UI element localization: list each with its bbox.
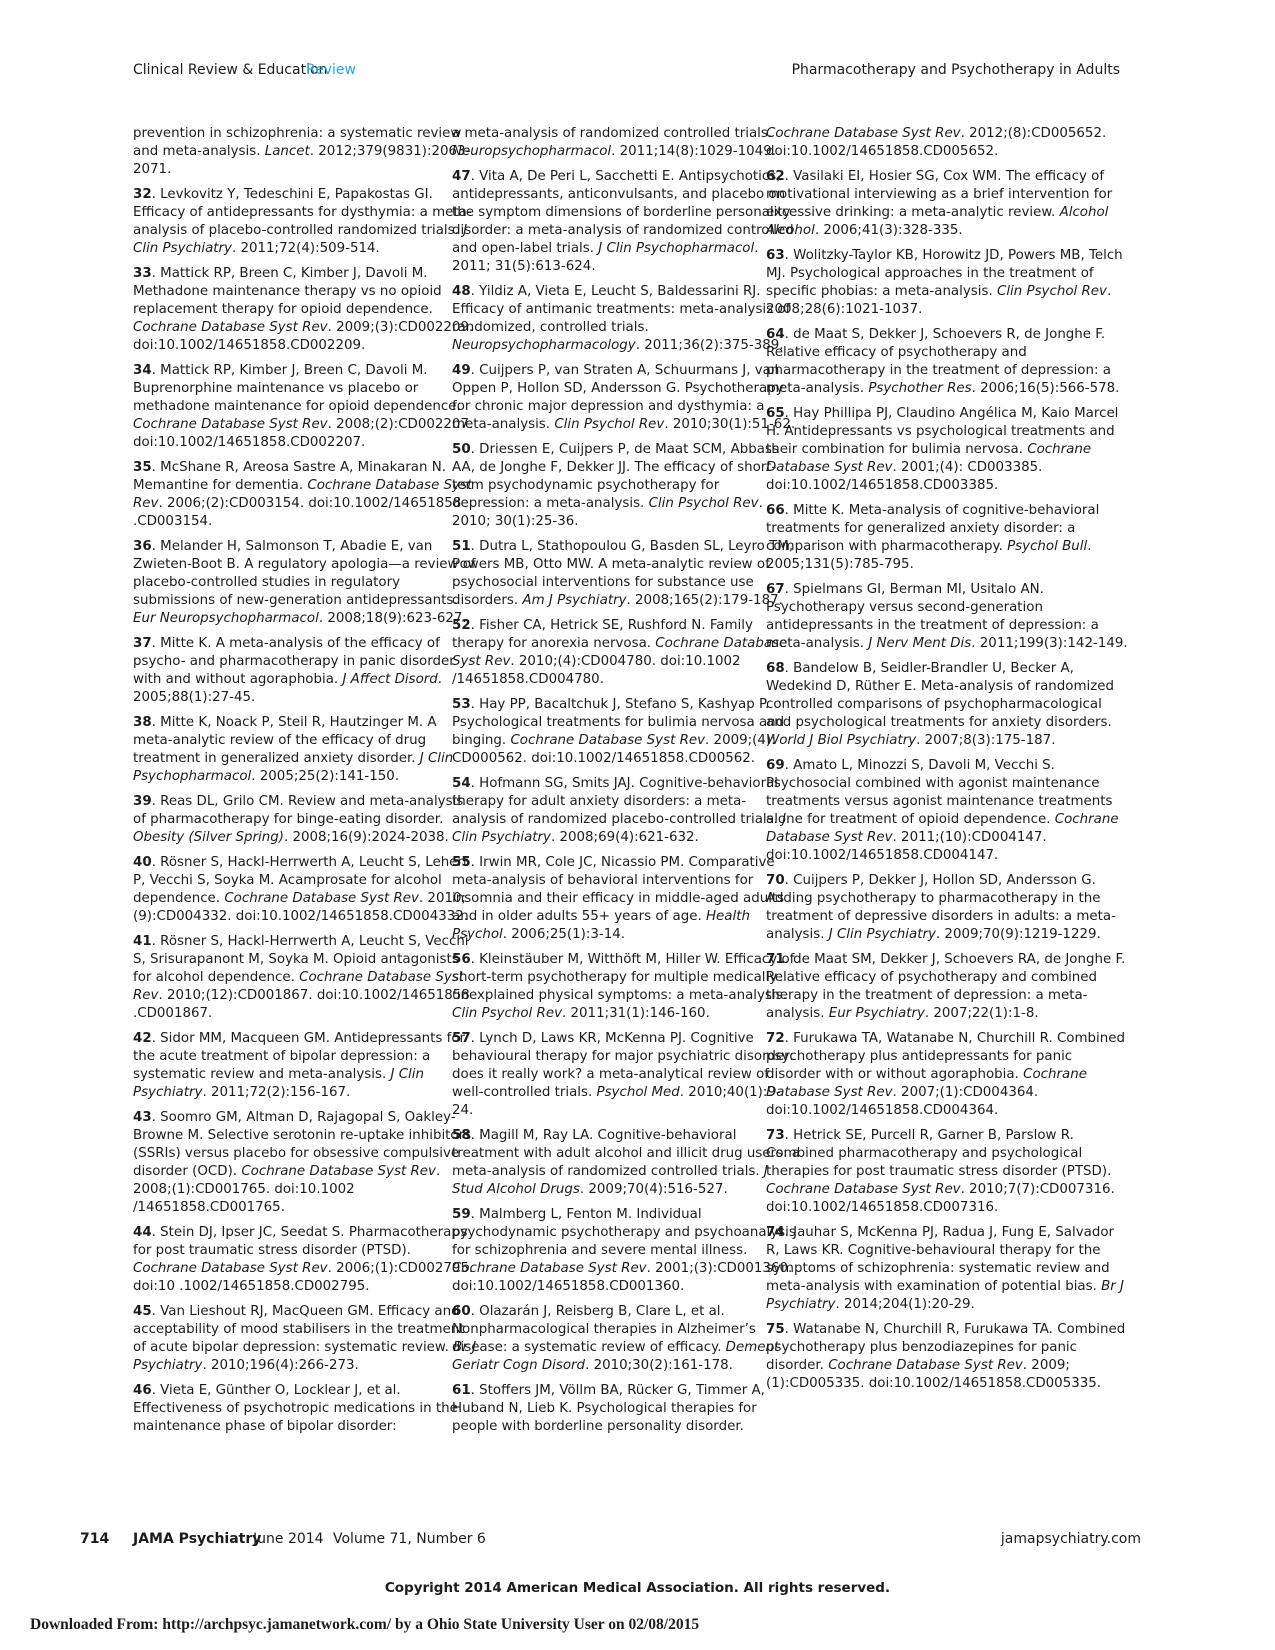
reference-number: 52 <box>452 618 471 633</box>
section-label: Clinical Review & Education <box>133 62 327 78</box>
reference-item: 53. Hay PP, Bacaltchuk J, Stefano S, Kas… <box>452 696 800 768</box>
reference-number: 67 <box>766 582 785 597</box>
running-title: Pharmacotherapy and Psychotherapy in Adu… <box>792 62 1120 78</box>
reference-item: 33. Mattick RP, Breen C, Kimber J, Davol… <box>133 265 478 355</box>
reference-item: 70. Cuijpers P, Dekker J, Hollon SD, And… <box>766 872 1128 944</box>
reference-item: 49. Cuijpers P, van Straten A, Schuurman… <box>452 362 800 434</box>
reference-number: 54 <box>452 776 471 791</box>
reference-item: 50. Driessen E, Cuijpers P, de Maat SCM,… <box>452 441 800 531</box>
reference-item: a meta-analysis of randomized controlled… <box>452 125 800 161</box>
reference-item: 59. Malmberg L, Fenton M. Individual psy… <box>452 1206 800 1296</box>
reference-item: 52. Fisher CA, Hetrick SE, Rushford N. F… <box>452 617 800 689</box>
reference-number: 71 <box>766 952 785 967</box>
reference-number: 40 <box>133 855 152 870</box>
reference-number: 45 <box>133 1304 152 1319</box>
reference-item: Cochrane Database Syst Rev. 2012;(8):CD0… <box>766 125 1128 161</box>
reference-item: 61. Stoffers JM, Völlm BA, Rücker G, Tim… <box>452 1382 800 1436</box>
copyright-notice: Copyright 2014 American Medical Associat… <box>0 1580 1275 1596</box>
reference-number: 36 <box>133 539 152 554</box>
reference-number: 72 <box>766 1031 785 1046</box>
reference-item: 36. Melander H, Salmonson T, Abadie E, v… <box>133 538 478 628</box>
reference-number: 49 <box>452 363 471 378</box>
reference-number: 57 <box>452 1031 471 1046</box>
reference-item: 67. Spielmans GI, Berman MI, Usitalo AN.… <box>766 581 1128 653</box>
reference-number: 34 <box>133 363 152 378</box>
reference-item: 43. Soomro GM, Altman D, Rajagopal S, Oa… <box>133 1109 478 1217</box>
reference-item: 65. Hay Phillipa PJ, Claudino Angélica M… <box>766 405 1128 495</box>
issue-info: Volume 71, Number 6 <box>333 1531 486 1547</box>
reference-number: 58 <box>452 1128 471 1143</box>
reference-item: 46. Vieta E, Günther O, Locklear J, et a… <box>133 1382 478 1436</box>
reference-item: 37. Mitte K. A meta-analysis of the effi… <box>133 635 478 707</box>
page-number: 714 <box>80 1531 109 1547</box>
reference-item: 44. Stein DJ, Ipser JC, Seedat S. Pharma… <box>133 1224 478 1296</box>
reference-item: 63. Wolitzky-Taylor KB, Horowitz JD, Pow… <box>766 247 1128 319</box>
reference-number: 41 <box>133 934 152 949</box>
references-column-1: prevention in schizophrenia: a systemati… <box>133 125 478 1443</box>
reference-item: 51. Dutra L, Stathopoulou G, Basden SL, … <box>452 538 800 610</box>
reference-item: 34. Mattick RP, Kimber J, Breen C, Davol… <box>133 362 478 452</box>
reference-item: 71. de Maat SM, Dekker J, Schoevers RA, … <box>766 951 1128 1023</box>
reference-item: 72. Furukawa TA, Watanabe N, Churchill R… <box>766 1030 1128 1120</box>
reference-number: 32 <box>133 187 152 202</box>
reference-number: 39 <box>133 794 152 809</box>
reference-number: 64 <box>766 327 785 342</box>
review-link[interactable]: Review <box>306 62 356 78</box>
references-column-3: Cochrane Database Syst Rev. 2012;(8):CD0… <box>766 125 1128 1400</box>
reference-number: 35 <box>133 460 152 475</box>
reference-item: 74. Jauhar S, McKenna PJ, Radua J, Fung … <box>766 1224 1128 1314</box>
reference-number: 43 <box>133 1110 152 1125</box>
download-notice: Downloaded From: http://archpsyc.jamanet… <box>30 1616 699 1634</box>
reference-number: 37 <box>133 636 152 651</box>
reference-item: 66. Mitte K. Meta-analysis of cognitive-… <box>766 502 1128 574</box>
reference-number: 62 <box>766 169 785 184</box>
reference-item: 48. Yildiz A, Vieta E, Leucht S, Baldess… <box>452 283 800 355</box>
reference-item: 68. Bandelow B, Seidler-Brandler U, Beck… <box>766 660 1128 750</box>
reference-number: 56 <box>452 952 471 967</box>
reference-item: 69. Amato L, Minozzi S, Davoli M, Vecchi… <box>766 757 1128 865</box>
reference-item: 47. Vita A, De Peri L, Sacchetti E. Anti… <box>452 168 800 276</box>
reference-item: 58. Magill M, Ray LA. Cognitive-behavior… <box>452 1127 800 1199</box>
reference-number: 33 <box>133 266 152 281</box>
reference-number: 65 <box>766 406 785 421</box>
reference-item: 60. Olazarán J, Reisberg B, Clare L, et … <box>452 1303 800 1375</box>
references-column-2: a meta-analysis of randomized controlled… <box>452 125 800 1443</box>
reference-item: 45. Van Lieshout RJ, MacQueen GM. Effica… <box>133 1303 478 1375</box>
reference-item: 62. Vasilaki EI, Hosier SG, Cox WM. The … <box>766 168 1128 240</box>
reference-item: 39. Reas DL, Grilo CM. Review and meta-a… <box>133 793 478 847</box>
reference-item: 38. Mitte K, Noack P, Steil R, Hautzinge… <box>133 714 478 786</box>
journal-website-link[interactable]: jamapsychiatry.com <box>1001 1531 1141 1547</box>
reference-number: 61 <box>452 1383 471 1398</box>
reference-item: 75. Watanabe N, Churchill R, Furukawa TA… <box>766 1321 1128 1393</box>
reference-item: 35. McShane R, Areosa Sastre A, Minakara… <box>133 459 478 531</box>
reference-item: 57. Lynch D, Laws KR, McKenna PJ. Cognit… <box>452 1030 800 1120</box>
reference-item: 73. Hetrick SE, Purcell R, Garner B, Par… <box>766 1127 1128 1217</box>
reference-item: 32. Levkovitz Y, Tedeschini E, Papakosta… <box>133 186 478 258</box>
issue-date: June 2014 <box>253 1531 324 1547</box>
reference-item: 56. Kleinstäuber M, Witthöft M, Hiller W… <box>452 951 800 1023</box>
reference-number: 70 <box>766 873 785 888</box>
reference-number: 74 <box>766 1225 785 1240</box>
reference-number: 60 <box>452 1304 471 1319</box>
journal-name: JAMA Psychiatry <box>133 1531 261 1547</box>
reference-item: prevention in schizophrenia: a systemati… <box>133 125 478 179</box>
reference-number: 46 <box>133 1383 152 1398</box>
reference-item: 41. Rösner S, Hackl-Herrwerth A, Leucht … <box>133 933 478 1023</box>
reference-number: 47 <box>452 169 471 184</box>
reference-number: 66 <box>766 503 785 518</box>
reference-number: 44 <box>133 1225 152 1240</box>
reference-number: 50 <box>452 442 471 457</box>
reference-number: 69 <box>766 758 785 773</box>
reference-item: 64. de Maat S, Dekker J, Schoevers R, de… <box>766 326 1128 398</box>
reference-number: 53 <box>452 697 471 712</box>
reference-number: 48 <box>452 284 471 299</box>
reference-item: 40. Rösner S, Hackl-Herrwerth A, Leucht … <box>133 854 478 926</box>
reference-number: 59 <box>452 1207 471 1222</box>
reference-number: 73 <box>766 1128 785 1143</box>
reference-item: 42. Sidor MM, Macqueen GM. Antidepressan… <box>133 1030 478 1102</box>
reference-item: 54. Hofmann SG, Smits JAJ. Cognitive-beh… <box>452 775 800 847</box>
reference-item: 55. Irwin MR, Cole JC, Nicassio PM. Comp… <box>452 854 800 944</box>
reference-number: 68 <box>766 661 785 676</box>
reference-number: 51 <box>452 539 471 554</box>
reference-number: 55 <box>452 855 471 870</box>
reference-number: 63 <box>766 248 785 263</box>
reference-number: 75 <box>766 1322 785 1337</box>
reference-number: 42 <box>133 1031 152 1046</box>
reference-number: 38 <box>133 715 152 730</box>
